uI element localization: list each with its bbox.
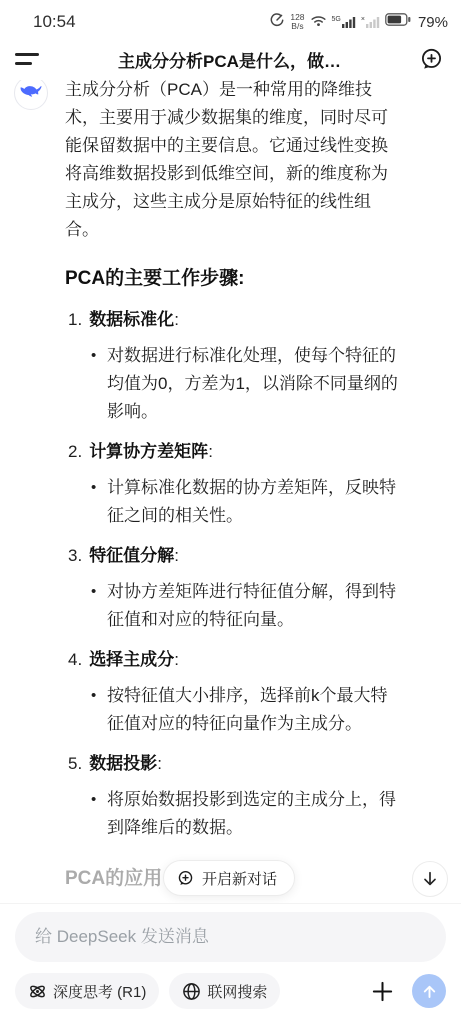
signal-no-service-icon: ×	[361, 15, 380, 29]
assistant-message: 主成分分析（PCA）是一种常用的降维技 术，主要用于减少数据集的维度，同时尽可 …	[65, 80, 447, 894]
list-item: 4.选择主成分: • 按特征值大小排序，选择前k个最大特 征值对应的特征向量作为…	[65, 646, 447, 738]
message-input-box[interactable]	[15, 912, 446, 962]
intro-paragraph: 主成分分析（PCA）是一种常用的降维技 术，主要用于减少数据集的维度，同时尽可 …	[65, 80, 447, 244]
status-bar: 10:54 128 B/s 5G × 79%	[0, 0, 461, 38]
globe-icon	[182, 982, 201, 1001]
list-item: 1.数据标准化: • 对数据进行标准化处理，使每个特征的 均值为0，方差为1，以…	[65, 306, 447, 426]
bullet: •	[91, 342, 96, 370]
bullet: •	[91, 682, 96, 710]
chat-bubble-plus-icon	[176, 869, 195, 888]
deep-think-label: 深度思考 (R1)	[53, 981, 146, 1002]
battery-percent: 79%	[418, 14, 448, 31]
arrow-down-icon	[420, 869, 440, 889]
deep-think-toggle[interactable]: 深度思考 (R1)	[15, 973, 159, 1009]
send-button[interactable]	[412, 974, 446, 1008]
message-composer: 深度思考 (R1) 联网搜索	[0, 903, 461, 1024]
list-item: 2.计算协方差矩阵: • 计算标准化数据的协方差矩阵，反映特 征之间的相关性。	[65, 438, 447, 530]
chat-scroll-area[interactable]: 主成分分析（PCA）是一种常用的降维技 术，主要用于减少数据集的维度，同时尽可 …	[0, 80, 461, 903]
web-search-toggle[interactable]: 联网搜索	[169, 973, 280, 1009]
assistant-avatar	[14, 80, 48, 110]
new-chat-pill-button[interactable]: 开启新对话	[163, 860, 295, 896]
clock: 10:54	[33, 12, 76, 32]
list-item: 3.特征值分解: • 对协方差矩阵进行特征值分解，得到特 征值和对应的特征向量。	[65, 542, 447, 634]
new-chat-pill-label: 开启新对话	[202, 868, 277, 889]
bullet: •	[91, 578, 96, 606]
list-item: 5.数据投影: • 将原始数据投影到选定的主成分上，得 到降维后的数据。	[65, 750, 447, 842]
network-speed-text: 128 B/s	[290, 13, 304, 31]
bullet: •	[91, 786, 96, 814]
signal-5g-icon: 5G	[332, 15, 356, 29]
menu-icon[interactable]	[15, 48, 43, 70]
steps-list: 1.数据标准化: • 对数据进行标准化处理，使每个特征的 均值为0，方差为1，以…	[65, 306, 447, 842]
deepseek-app-screen: 10:54 128 B/s 5G × 79%	[0, 0, 461, 1024]
chat-header: 主成分分析PCA是什么，做…	[0, 38, 461, 80]
plus-icon	[370, 979, 395, 1004]
conversation-title: 主成分分析PCA是什么，做…	[43, 47, 416, 72]
scroll-to-bottom-button[interactable]	[412, 861, 448, 897]
web-search-label: 联网搜索	[207, 981, 267, 1002]
attach-button[interactable]	[366, 975, 398, 1007]
composer-toolbar: 深度思考 (R1) 联网搜索	[15, 973, 446, 1009]
new-chat-icon[interactable]	[416, 44, 446, 74]
network-speed-gauge-icon	[269, 12, 285, 33]
section-heading: PCA的主要工作步骤:	[65, 264, 447, 294]
atom-icon	[28, 982, 47, 1001]
bullet: •	[91, 474, 96, 502]
wifi-icon	[310, 13, 327, 32]
arrow-up-icon	[420, 982, 439, 1001]
message-input[interactable]	[33, 926, 428, 948]
deepseek-whale-icon	[20, 85, 42, 101]
battery-icon	[385, 13, 411, 31]
